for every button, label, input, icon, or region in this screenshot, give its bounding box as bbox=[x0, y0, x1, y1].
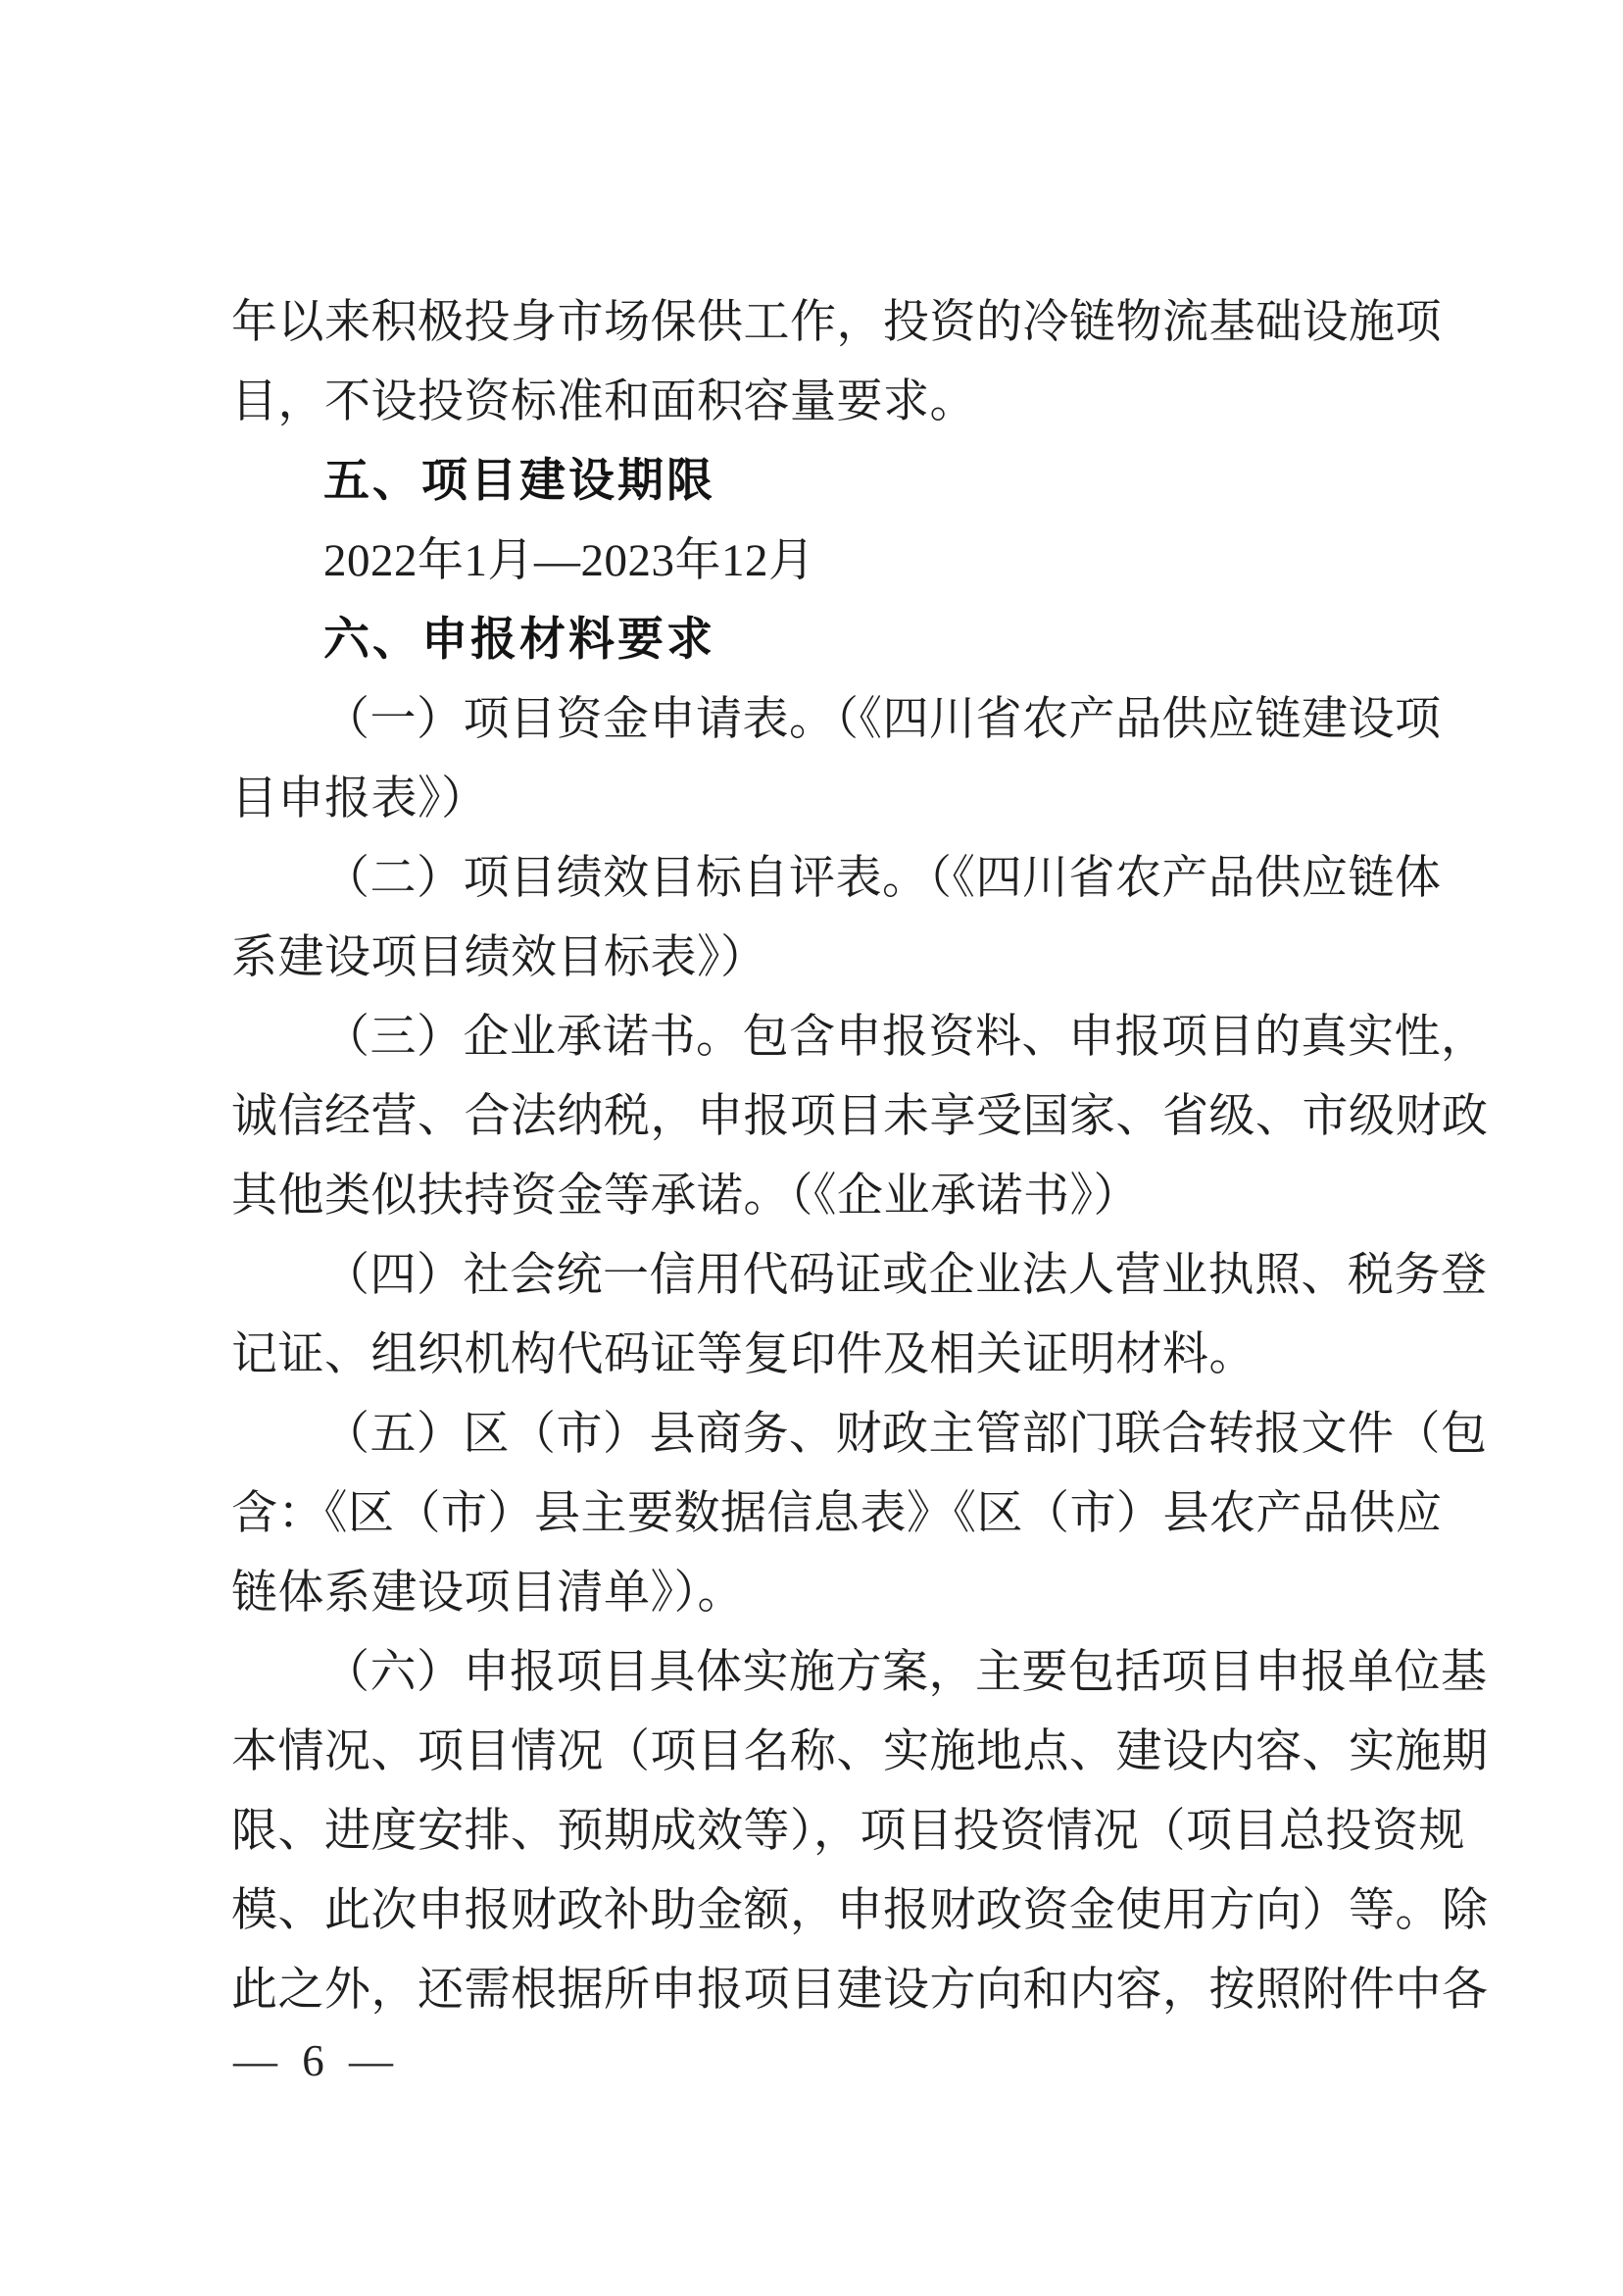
text-line: 目申报表》） bbox=[231, 760, 1482, 839]
text-line: 限、进度安排、预期成效等），项目投资情况（项目总投资规 bbox=[231, 1792, 1482, 1872]
text-line: 年以来积极投身市场保供工作，投资的冷链物流基础设施项 bbox=[231, 283, 1482, 363]
text-line: 含：《区（市）县主要数据信息表》《区（市）县农产品供应 bbox=[231, 1474, 1482, 1554]
text-line: 目，不设投资标准和面积容量要求。 bbox=[231, 363, 1482, 442]
text-line: （四）社会统一信用代码证或企业法人营业执照、税务登 bbox=[231, 1236, 1482, 1316]
text-line: 记证、组织机构代码证等复印件及相关证明材料。 bbox=[231, 1316, 1482, 1395]
text-line: （一）项目资金申请表。（《四川省农产品供应链建设项 bbox=[231, 680, 1482, 760]
text-line: 诚信经营、合法纳税，申报项目未享受国家、省级、市级财政 bbox=[231, 1077, 1482, 1157]
text-line: （二）项目绩效目标自评表。（《四川省农产品供应链体 bbox=[231, 839, 1482, 919]
text-line: （三）企业承诺书。包含申报资料、申报项目的真实性， bbox=[231, 998, 1482, 1077]
scanned-document-page: 年以来积极投身市场保供工作，投资的冷链物流基础设施项目，不设投资标准和面积容量要… bbox=[0, 0, 1623, 2296]
page-number: — 6 — bbox=[233, 2025, 400, 2096]
text-line: 模、此次申报财政补助金额，申报财政资金使用方向）等。除 bbox=[231, 1872, 1482, 1951]
document-body: 年以来积极投身市场保供工作，投资的冷链物流基础设施项目，不设投资标准和面积容量要… bbox=[231, 283, 1482, 2030]
text-line: 本情况、项目情况（项目名称、实施地点、建设内容、实施期 bbox=[231, 1713, 1482, 1792]
text-line: 链体系建设项目清单》）。 bbox=[231, 1554, 1482, 1633]
text-line: 其他类似扶持资金等承诺。（《企业承诺书》） bbox=[231, 1157, 1482, 1236]
text-line: （六）申报项目具体实施方案，主要包括项目申报单位基 bbox=[231, 1633, 1482, 1713]
text-line: 系建设项目绩效目标表》） bbox=[231, 919, 1482, 998]
text-line: （五）区（市）县商务、财政主管部门联合转报文件（包 bbox=[231, 1395, 1482, 1474]
text-line: 此之外，还需根据所申报项目建设方向和内容，按照附件中各 bbox=[231, 1951, 1482, 2030]
text-line: 2022年1月—2023年12月 bbox=[231, 522, 1482, 601]
section-heading: 六、申报材料要求 bbox=[231, 601, 1482, 680]
section-heading: 五、项目建设期限 bbox=[231, 442, 1482, 522]
